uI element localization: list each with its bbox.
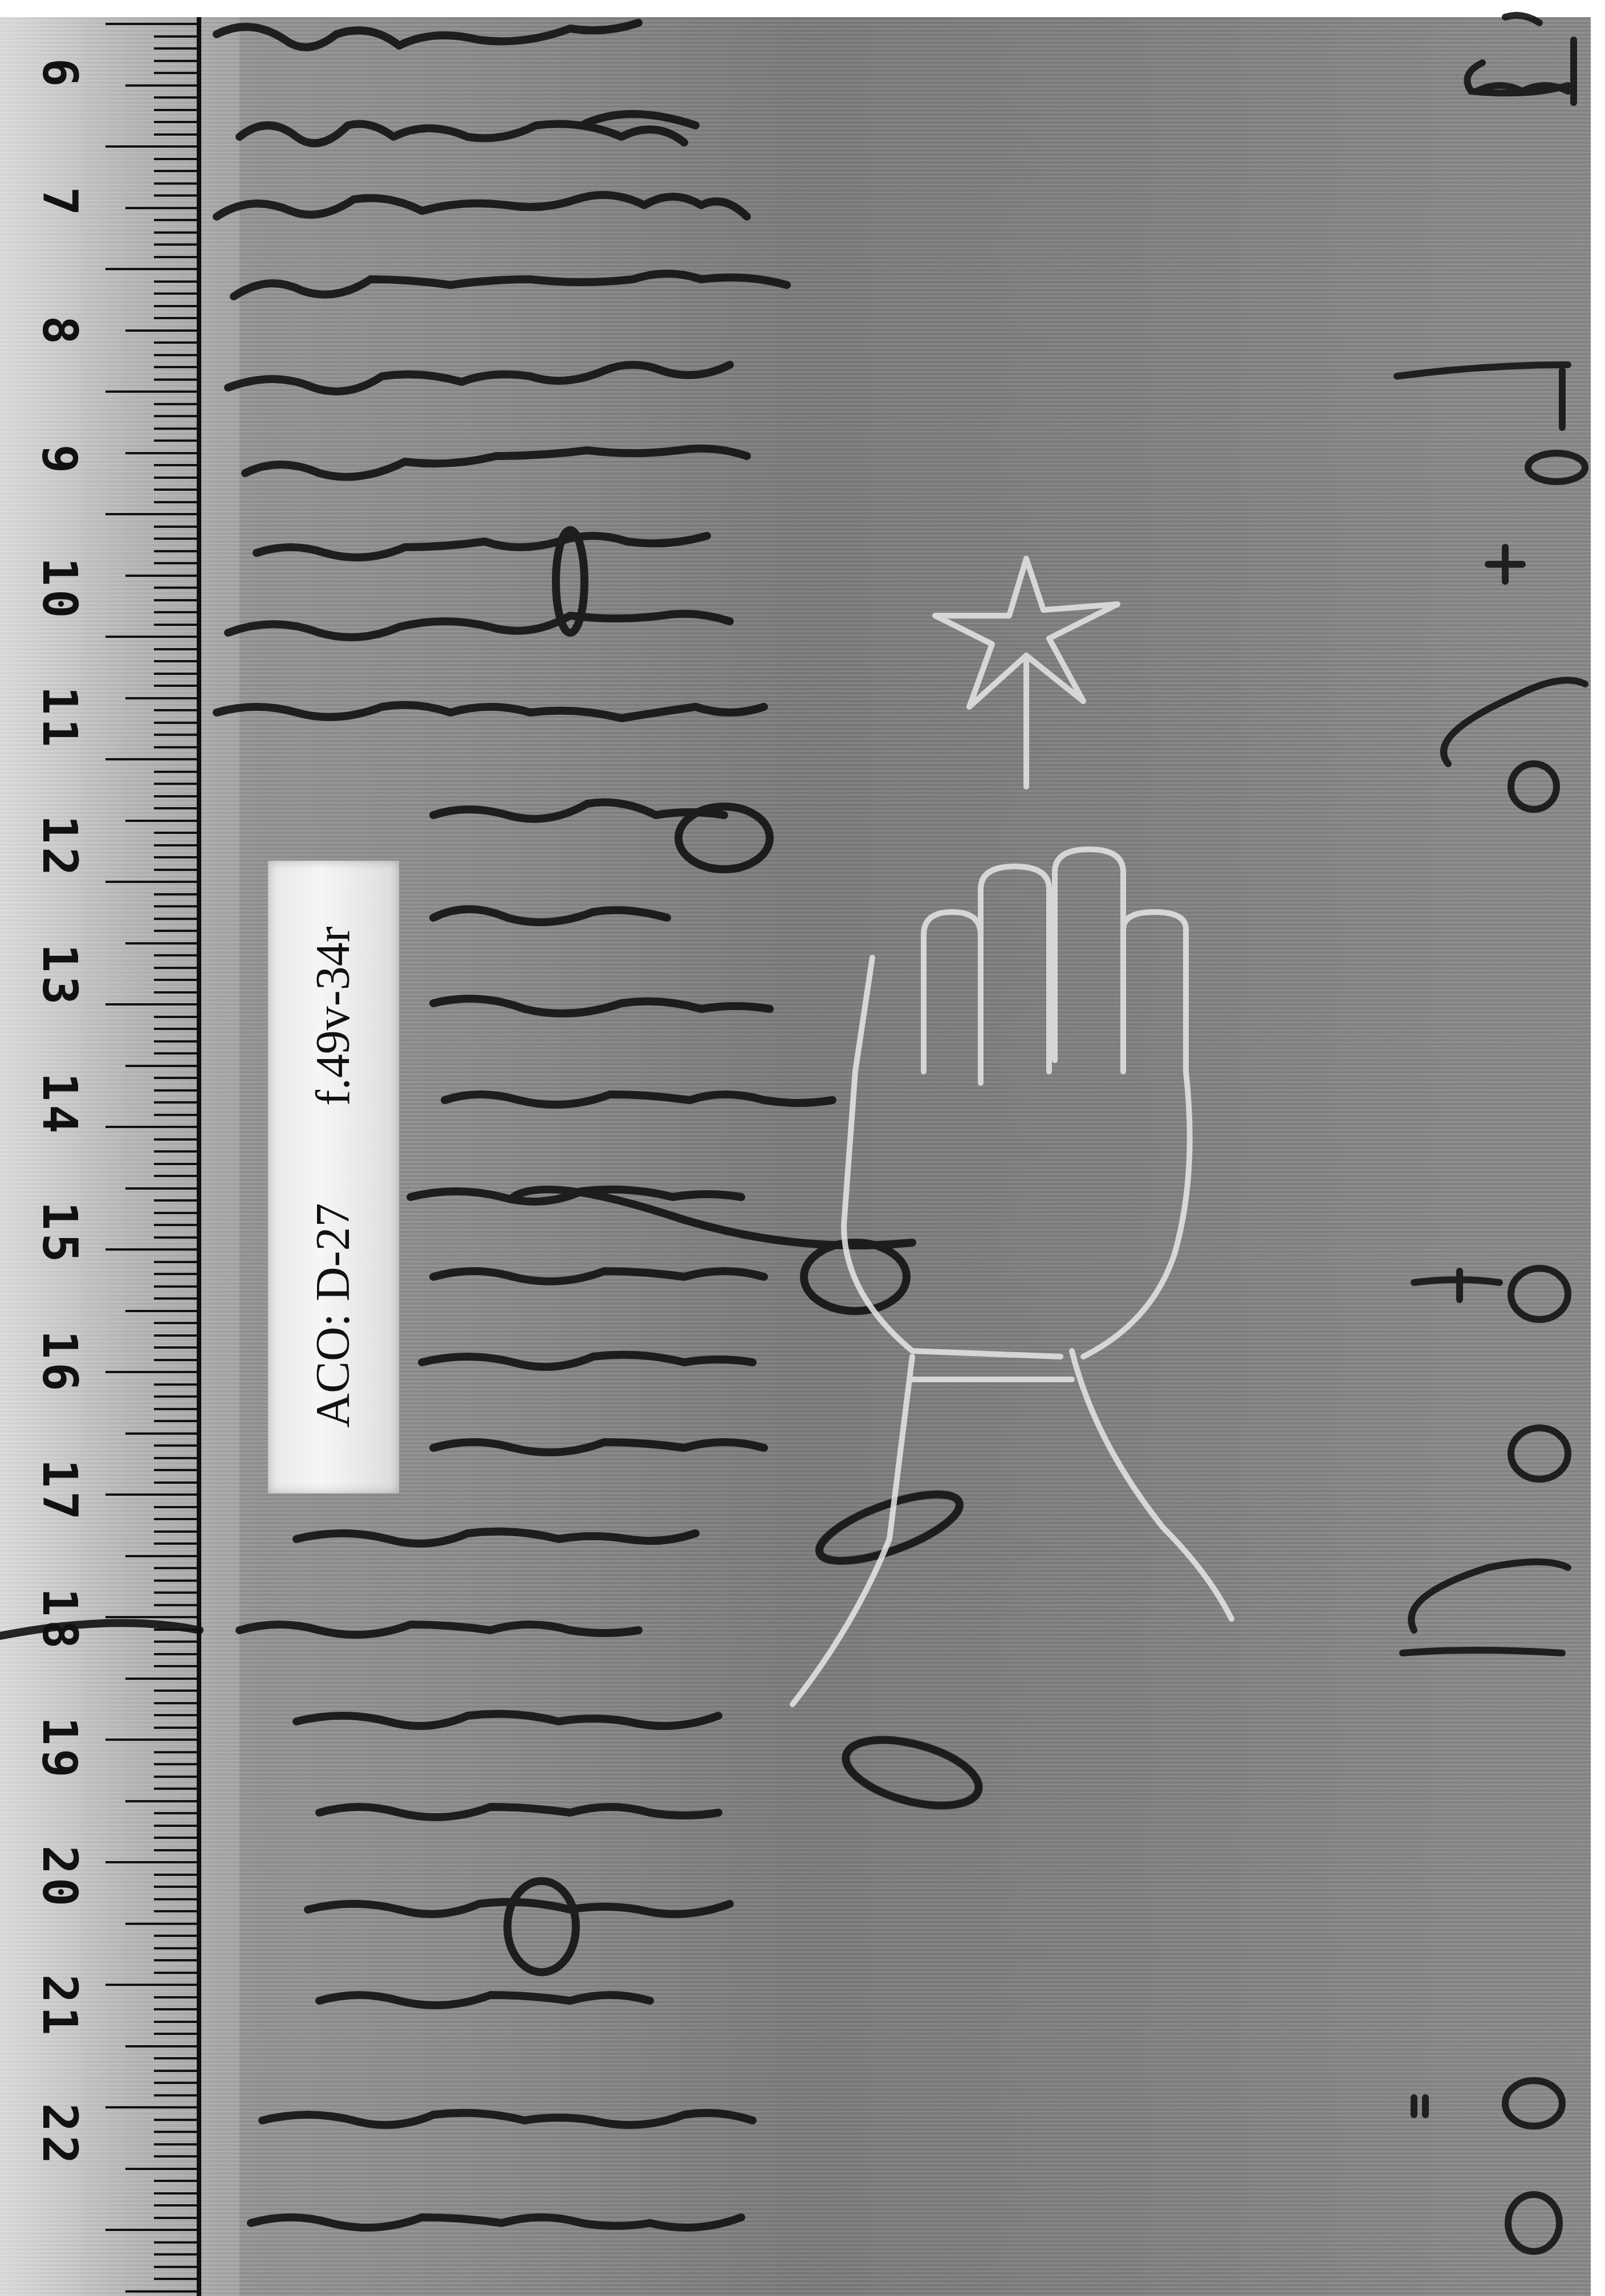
ruler-tick [125, 452, 197, 454]
ruler-tick [154, 562, 197, 564]
ruler-tick [154, 905, 197, 907]
ruler-tick [154, 2266, 197, 2268]
ruler-tick [154, 685, 197, 687]
ruler-tick [154, 1849, 197, 1851]
ruler-tick [154, 599, 197, 601]
ruler-tick [154, 1518, 197, 1520]
ruler-tick [154, 1297, 197, 1300]
ruler-number: 15 [37, 1185, 83, 1282]
ruler-tick [125, 1187, 197, 1190]
ruler-tick [154, 1947, 197, 1949]
ruler-tick [154, 35, 197, 38]
ruler-tick [154, 1457, 197, 1459]
ruler-tick [154, 1972, 197, 1974]
ruler-tick [154, 526, 197, 528]
ruler-tick [154, 587, 197, 589]
ruler-tick [154, 783, 197, 785]
ruler-tick [154, 2094, 197, 2096]
ruler-tick [154, 807, 197, 809]
ruler-tick [154, 1776, 197, 1778]
ruler-tick [105, 881, 197, 883]
ruler-tick [154, 219, 197, 221]
ruler-tick [154, 1114, 197, 1116]
ruler-tick [154, 1040, 197, 1043]
ruler-tick [105, 2106, 197, 2108]
ruler-tick [125, 575, 197, 577]
ruler-tick [154, 795, 197, 797]
ruler-tick [154, 2082, 197, 2084]
ruler-tick [154, 1346, 197, 1349]
ruler-tick [154, 1444, 197, 1447]
ruler-tick [154, 243, 197, 246]
ruler-tick [154, 96, 197, 99]
hand-star-watermark-icon [0, 0, 1605, 2296]
ruler-tick [105, 1984, 197, 1986]
ruler-tick [154, 1420, 197, 1422]
ruler-tick [105, 1493, 197, 1496]
ruler-number: 16 [37, 1314, 83, 1411]
ruler-number: 19 [37, 1700, 83, 1797]
scan-margin [1591, 0, 1605, 2296]
ruler-tick [154, 1825, 197, 1827]
ruler-tick [125, 84, 197, 87]
ruler-tick [154, 158, 197, 160]
ruler-tick [154, 1898, 197, 1900]
ruler-tick [154, 1052, 197, 1055]
ruler-tick [154, 1653, 197, 1655]
ruler-tick [125, 1800, 197, 1802]
ruler-tick [154, 2070, 197, 2072]
ruler-tick [154, 1273, 197, 1275]
ruler-tick [154, 133, 197, 136]
ruler-tick [105, 513, 197, 515]
ruler-tick [105, 23, 197, 25]
ruler-number: 22 [37, 2087, 83, 2184]
ruler-tick [154, 1591, 197, 1594]
ruler-tick [154, 1727, 197, 1729]
ruler-tick [154, 1542, 197, 1545]
ruler-number: 6 [37, 26, 83, 123]
ruler-tick [154, 354, 197, 356]
ruler-tick [154, 1604, 197, 1606]
ruler-number: 21 [37, 1958, 83, 2055]
ruler-tick [154, 832, 197, 834]
ruler-tick [154, 1138, 197, 1141]
ruler-tick [154, 624, 197, 626]
ruler-tick [154, 954, 197, 956]
ruler-tick [154, 1469, 197, 1471]
ruler-tick [105, 1616, 197, 1618]
ruler-edge-line [197, 17, 201, 2296]
ruler-tick [154, 2057, 197, 2059]
ruler-tick [154, 856, 197, 858]
ruler-tick [154, 280, 197, 283]
ruler-tick [154, 378, 197, 381]
ruler-tick [154, 501, 197, 503]
ruler-number: 20 [37, 1829, 83, 1926]
ruler-tick [154, 660, 197, 662]
ruler-tick [154, 1874, 197, 1876]
ruler-tick [125, 2168, 197, 2170]
ruler-tick [154, 1261, 197, 1263]
ruler-tick [154, 538, 197, 540]
ruler-tick [154, 1028, 197, 1030]
ruler-tick [154, 673, 197, 675]
ruler-tick [154, 477, 197, 479]
ruler-tick [154, 1224, 197, 1226]
ruler-tick [154, 2278, 197, 2280]
ruler-tick [154, 2217, 197, 2219]
archive-label: ACO: D-27 f.49v-34r [268, 861, 399, 1493]
ruler-tick [125, 2290, 197, 2293]
scan-background: 678910111213141516171819202122 ACO: D-27… [0, 0, 1605, 2296]
ruler-tick [154, 109, 197, 111]
ruler-tick [125, 942, 197, 945]
ruler-number: 18 [37, 1572, 83, 1668]
ruler-tick [154, 366, 197, 368]
ruler-tick [154, 72, 197, 74]
ruler-tick [154, 403, 197, 405]
measurement-ruler: 678910111213141516171819202122 [0, 17, 217, 2296]
ruler-tick [154, 734, 197, 736]
ruler-tick [154, 1236, 197, 1239]
ruler-tick [154, 1481, 197, 1484]
ruler-tick [154, 1199, 197, 1202]
ruler-tick [154, 746, 197, 748]
ruler-tick [154, 464, 197, 466]
ruler-tick [105, 1861, 197, 1863]
ruler-tick [154, 1763, 197, 1765]
ruler-tick [105, 636, 197, 638]
ruler-tick [125, 329, 197, 332]
ruler-tick [154, 1530, 197, 1533]
ruler-tick [125, 2045, 197, 2047]
ruler-tick [154, 648, 197, 650]
archive-label-text: ACO: D-27 f.49v-34r [299, 878, 368, 1476]
ruler-tick [154, 1077, 197, 1079]
ruler-tick [154, 47, 197, 50]
ruler-tick [154, 1788, 197, 1790]
ruler-tick [154, 2192, 197, 2195]
ruler-tick [154, 1886, 197, 1888]
ruler-tick [154, 182, 197, 185]
ruler-tick [154, 1996, 197, 1998]
ruler-tick [154, 1837, 197, 1839]
ruler-tick [154, 722, 197, 724]
ruler-tick [154, 930, 197, 932]
ruler-tick [154, 194, 197, 197]
ruler-tick [154, 1579, 197, 1582]
ruler-tick [154, 1567, 197, 1569]
ruler-tick [154, 1629, 197, 1631]
ruler-tick [154, 1714, 197, 1716]
ruler-number: 8 [37, 283, 83, 380]
ruler-tick [154, 1812, 197, 1814]
ruler-tick [125, 1065, 197, 1067]
ruler-tick [125, 1310, 197, 1312]
ruler-tick [154, 1163, 197, 1165]
ruler-tick [105, 2229, 197, 2231]
ruler-tick [105, 145, 197, 148]
ruler-tick [154, 1101, 197, 1104]
ruler-tick [154, 1175, 197, 1177]
ruler-tick [154, 709, 197, 711]
ruler-tick [154, 991, 197, 994]
ruler-number: 14 [37, 1056, 83, 1153]
ruler-tick [154, 305, 197, 307]
ruler-tick [105, 1248, 197, 1251]
ruler-number: 12 [37, 799, 83, 895]
ruler-tick [125, 1432, 197, 1435]
ruler-number: 9 [37, 412, 83, 509]
label-folio: f.49v-34r [299, 926, 368, 1106]
ruler-tick [154, 1702, 197, 1704]
ruler-tick [125, 207, 197, 209]
ruler-tick [154, 2204, 197, 2207]
ruler-tick [154, 2131, 197, 2133]
ruler-number: 13 [37, 927, 83, 1024]
ruler-tick [125, 1923, 197, 1925]
ruler-tick [154, 1383, 197, 1386]
ruler-tick [154, 1285, 197, 1288]
ruler-tick [105, 1003, 197, 1005]
ruler-tick [154, 2119, 197, 2121]
label-collection: ACO: D-27 [299, 1203, 368, 1427]
ruler-tick [125, 1678, 197, 1680]
ruler-tick [125, 697, 197, 699]
ruler-tick [105, 758, 197, 760]
ruler-tick [154, 967, 197, 969]
ruler-tick [154, 256, 197, 258]
ruler-tick [125, 820, 197, 822]
ruler-tick [154, 918, 197, 920]
ruler-tick [154, 1359, 197, 1361]
ruler-tick [154, 2180, 197, 2182]
ruler-tick [154, 1334, 197, 1337]
ruler-tick [154, 488, 197, 491]
ruler-tick [154, 1016, 197, 1018]
ruler-tick [154, 844, 197, 846]
ruler-tick [154, 428, 197, 430]
ruler-tick [154, 439, 197, 442]
ruler-tick [154, 170, 197, 172]
ruler-tick [154, 1150, 197, 1153]
ruler-tick [154, 1690, 197, 1692]
ruler-tick [154, 1408, 197, 1410]
ruler-tick [154, 771, 197, 773]
ruler-tick [105, 1739, 197, 1741]
ruler-tick [154, 1910, 197, 1912]
ruler-number: 7 [37, 154, 83, 251]
ruler-tick [154, 2033, 197, 2035]
ruler-tick [154, 1959, 197, 1961]
ruler-tick [154, 1212, 197, 1214]
ruler-tick [154, 2241, 197, 2244]
ruler-tick [154, 231, 197, 234]
ruler-tick [154, 415, 197, 417]
ruler-tick [105, 390, 197, 393]
ruler-tick [154, 893, 197, 895]
ruler-tick [154, 1395, 197, 1398]
ruler-number: 11 [37, 670, 83, 767]
ruler-tick [154, 1640, 197, 1643]
ruler-tick [154, 550, 197, 552]
ruler-tick [154, 60, 197, 62]
ruler-tick [154, 1322, 197, 1324]
ruler-number: 10 [37, 541, 83, 638]
ruler-tick [154, 869, 197, 871]
ruler-tick [105, 268, 197, 270]
ruler-tick [154, 1089, 197, 1092]
ruler-tick [154, 2253, 197, 2256]
ruler-tick [154, 2143, 197, 2146]
ruler-tick [154, 2021, 197, 2023]
ruler-tick [125, 1555, 197, 1557]
ruler-tick [154, 2155, 197, 2157]
ruler-tick [154, 341, 197, 344]
ruler-tick [154, 611, 197, 613]
ruler-tick [154, 1751, 197, 1753]
ruler-tick [154, 979, 197, 981]
ruler-tick [154, 1665, 197, 1667]
ruler-tick [154, 317, 197, 319]
ruler-number: 17 [37, 1443, 83, 1540]
ruler-tick [154, 1935, 197, 1937]
ruler-tick [105, 1371, 197, 1373]
ruler-tick [154, 1506, 197, 1508]
ruler-tick [154, 292, 197, 295]
ruler-tick [154, 2008, 197, 2010]
ruler-tick [105, 1126, 197, 1128]
ruler-tick [154, 121, 197, 123]
